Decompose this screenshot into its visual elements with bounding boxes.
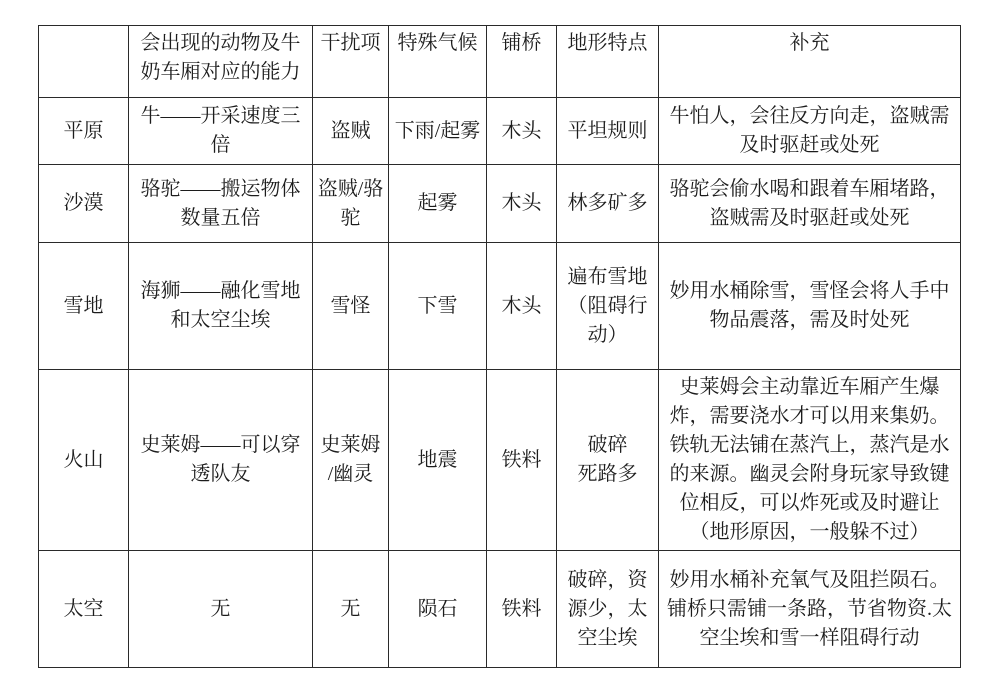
cell-bridge: 木头 [487, 165, 557, 243]
header-cell-corner [39, 26, 129, 98]
cell-bridge: 铁料 [487, 551, 557, 668]
header-cell-weather: 特殊气候 [389, 26, 487, 98]
table-row-plains: 平原 牛——开采速度三倍 盗贼 下雨/起雾 木头 平坦规则 牛怕人，会往反方向走… [39, 98, 961, 165]
cell-interference: 盗贼/骆驼 [313, 165, 389, 243]
header-row: 会出现的动物及牛奶车厢对应的能力 干扰项 特殊气候 铺桥 地形特点 补充 [39, 26, 961, 98]
cell-bridge: 木头 [487, 243, 557, 370]
row-header-cell: 火山 [39, 370, 129, 551]
table-row-desert: 沙漠 骆驼——搬运物体数量五倍 盗贼/骆驼 起雾 木头 林多矿多 骆驼会偷水喝和… [39, 165, 961, 243]
biome-guide-table: 会出现的动物及牛奶车厢对应的能力 干扰项 特殊气候 铺桥 地形特点 补充 平原 … [38, 25, 961, 668]
row-header-cell: 平原 [39, 98, 129, 165]
cell-terrain: 遍布雪地（阻碍行动） [557, 243, 659, 370]
row-header-cell: 太空 [39, 551, 129, 668]
cell-weather: 下雨/起雾 [389, 98, 487, 165]
header-cell-notes: 补充 [659, 26, 961, 98]
cell-interference: 史莱姆 /幽灵 [313, 370, 389, 551]
header-cell-bridge: 铺桥 [487, 26, 557, 98]
cell-bridge: 铁料 [487, 370, 557, 551]
cell-weather: 起雾 [389, 165, 487, 243]
header-cell-interference: 干扰项 [313, 26, 389, 98]
cell-terrain: 平坦规则 [557, 98, 659, 165]
cell-animals: 牛——开采速度三倍 [129, 98, 313, 165]
cell-notes: 妙用水桶补充氧气及阻拦陨石。铺桥只需铺一条路，节省物资.太空尘埃和雪一样阻碍行动 [659, 551, 961, 668]
cell-animals: 骆驼——搬运物体数量五倍 [129, 165, 313, 243]
cell-interference: 盗贼 [313, 98, 389, 165]
cell-animals: 史莱姆——可以穿透队友 [129, 370, 313, 551]
table-row-volcano: 火山 史莱姆——可以穿透队友 史莱姆 /幽灵 地震 铁料 破碎 死路多 史莱姆会… [39, 370, 961, 551]
row-header-cell: 沙漠 [39, 165, 129, 243]
cell-bridge: 木头 [487, 98, 557, 165]
row-header-cell: 雪地 [39, 243, 129, 370]
cell-terrain: 林多矿多 [557, 165, 659, 243]
header-cell-animals: 会出现的动物及牛奶车厢对应的能力 [129, 26, 313, 98]
cell-notes: 妙用水桶除雪，雪怪会将人手中物品震落，需及时处死 [659, 243, 961, 370]
cell-weather: 下雪 [389, 243, 487, 370]
cell-animals: 海狮——融化雪地和太空尘埃 [129, 243, 313, 370]
cell-terrain: 破碎，资源少，太空尘埃 [557, 551, 659, 668]
cell-weather: 陨石 [389, 551, 487, 668]
cell-notes: 骆驼会偷水喝和跟着车厢堵路，盗贼需及时驱赶或处死 [659, 165, 961, 243]
header-cell-terrain: 地形特点 [557, 26, 659, 98]
table-row-snow: 雪地 海狮——融化雪地和太空尘埃 雪怪 下雪 木头 遍布雪地（阻碍行动） 妙用水… [39, 243, 961, 370]
document-page: 会出现的动物及牛奶车厢对应的能力 干扰项 特殊气候 铺桥 地形特点 补充 平原 … [0, 0, 995, 679]
cell-interference: 无 [313, 551, 389, 668]
table-row-space: 太空 无 无 陨石 铁料 破碎，资源少，太空尘埃 妙用水桶补充氧气及阻拦陨石。铺… [39, 551, 961, 668]
cell-notes: 牛怕人，会往反方向走，盗贼需及时驱赶或处死 [659, 98, 961, 165]
cell-animals: 无 [129, 551, 313, 668]
cell-interference: 雪怪 [313, 243, 389, 370]
cell-weather: 地震 [389, 370, 487, 551]
cell-notes: 史莱姆会主动靠近车厢产生爆炸，需要浇水才可以用来集奶。铁轨无法铺在蒸汽上，蒸汽是… [659, 370, 961, 551]
cell-terrain: 破碎 死路多 [557, 370, 659, 551]
